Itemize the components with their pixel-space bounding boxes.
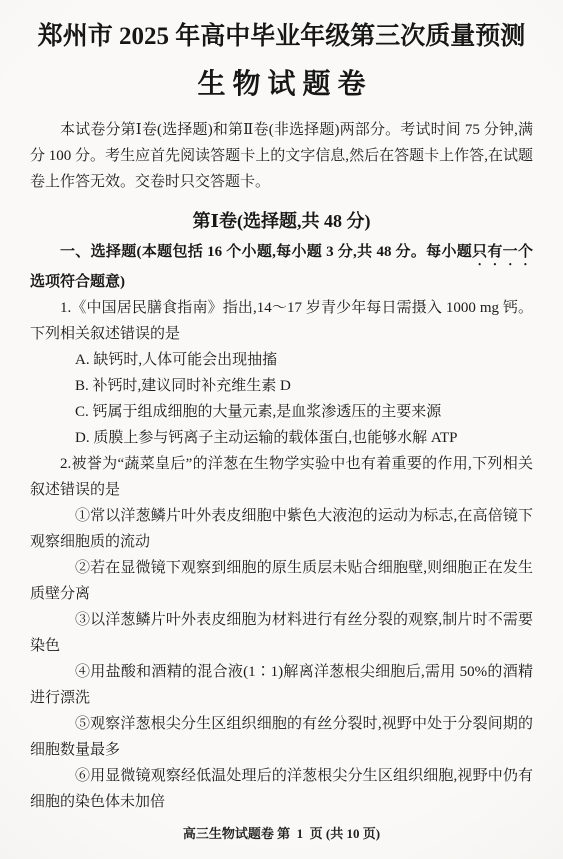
question-2-number: 2.	[60, 456, 71, 472]
question-2-statements: ①常以洋葱鳞片叶外表皮细胞中紫色大液泡的运动为标志,在高倍镜下观察细胞质的流动 …	[30, 503, 533, 815]
page-footer: 高三生物试题卷 第 1 页 (共 10 页)	[0, 825, 563, 843]
question-1-option-b: B. 补钙时,建议同时补充维生素 D	[30, 373, 533, 399]
question-1-stem: 1.《中国居民膳食指南》指出,14～17 岁青少年每日需摄入 1000 mg 钙…	[30, 295, 533, 347]
question-2-text: 被誉为“蔬菜皇后”的洋葱在生物学实验中也有着重要的作用,下列相关叙述错误的是	[30, 456, 533, 498]
section-1-header: 第Ⅰ卷(选择题,共 48 分)	[30, 207, 533, 235]
exam-paper-page: 郑州市 2025 年高中毕业年级第三次质量预测 生物试题卷 本试卷分第Ⅰ卷(选择…	[0, 0, 563, 859]
question-2-statement-4: ④用盐酸和酒精的混合液(1∶1)解离洋葱根尖细胞后,需用 50%的酒精进行漂洗	[30, 659, 533, 711]
question-1-option-c: C. 钙属于组成细胞的大量元素,是血浆渗透压的主要来源	[30, 399, 533, 425]
question-1-options: A. 缺钙时,人体可能会出现抽搐 B. 补钙时,建议同时补充维生素 D C. 钙…	[30, 347, 533, 451]
question-2-statement-6: ⑥用显微镜观察经低温处理后的洋葱根尖分生区组织细胞,视野中仍有细胞的染色体未加倍	[30, 763, 533, 815]
multiple-choice-directions: 一、选择题(本题包括 16 个小题,每小题 3 分,共 48 分。每小题只有一个…	[30, 239, 533, 295]
question-1-text: 《中国居民膳食指南》指出,14～17 岁青少年每日需摄入 1000 mg 钙。下…	[30, 300, 533, 342]
question-2-stem: 2.被誉为“蔬菜皇后”的洋葱在生物学实验中也有着重要的作用,下列相关叙述错误的是	[30, 451, 533, 503]
directions-emphasized-text: 只有一个	[472, 244, 533, 260]
exam-instructions: 本试卷分第Ⅰ卷(选择题)和第Ⅱ卷(非选择题)两部分。考试时间 75 分钟,满分 …	[30, 117, 533, 195]
exam-title-line1: 郑州市 2025 年高中毕业年级第三次质量预测	[30, 20, 533, 54]
question-1-option-d: D. 质膜上参与钙离子主动运输的载体蛋白,也能够水解 ATP	[30, 425, 533, 451]
question-1-option-a: A. 缺钙时,人体可能会出现抽搐	[30, 347, 533, 373]
question-2-statement-2: ②若在显微镜下观察到细胞的原生质层未贴合细胞壁,则细胞正在发生质壁分离	[30, 555, 533, 607]
directions-text-after: 选项符合题意)	[30, 274, 125, 290]
directions-text-before: 一、选择题(本题包括 16 个小题,每小题 3 分,共 48 分。每小题	[60, 244, 472, 260]
question-2-statement-1: ①常以洋葱鳞片叶外表皮细胞中紫色大液泡的运动为标志,在高倍镜下观察细胞质的流动	[30, 503, 533, 555]
exam-title-line2: 生物试题卷	[30, 67, 533, 103]
question-2-statement-3: ③以洋葱鳞片叶外表皮细胞为材料进行有丝分裂的观察,制片时不需要染色	[30, 607, 533, 659]
question-1-number: 1.	[60, 300, 71, 316]
question-2-statement-5: ⑤观察洋葱根尖分生区组织细胞的有丝分裂时,视野中处于分裂间期的细胞数量最多	[30, 711, 533, 763]
